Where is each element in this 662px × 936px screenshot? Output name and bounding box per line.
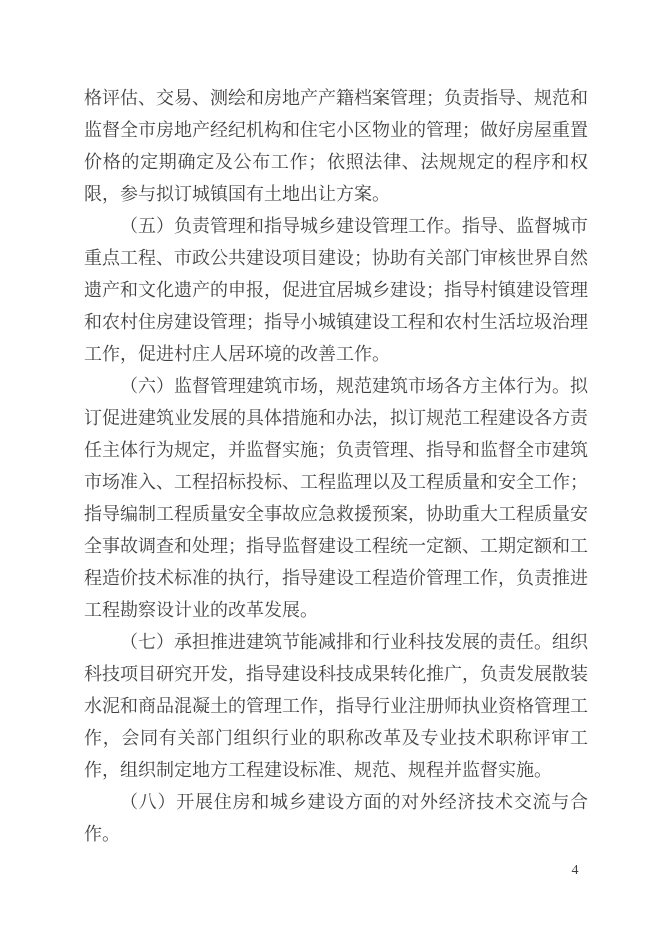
- document-body: 格评估、交易、测绘和房地产产籍档案管理；负责指导、规范和监督全市房地产经纪机构和…: [84, 82, 588, 850]
- paragraph-item-5: （五）负责管理和指导城乡建设管理工作。指导、监督城市重点工程、市政公共建设项目建…: [84, 210, 588, 370]
- paragraph-item-8: （八）开展住房和城乡建设方面的对外经济技术交流与合作。: [84, 786, 588, 850]
- document-page: 格评估、交易、测绘和房地产产籍档案管理；负责指导、规范和监督全市房地产经纪机构和…: [0, 0, 662, 936]
- paragraph-item-7: （七）承担推进建筑节能减排和行业科技发展的责任。组织科技项目研究开发，指导建设科…: [84, 626, 588, 786]
- page-number: 4: [567, 862, 583, 880]
- paragraph-item-6: （六）监督管理建筑市场，规范建筑市场各方主体行为。拟订促进建筑业发展的具体措施和…: [84, 370, 588, 626]
- paragraph-continuation: 格评估、交易、测绘和房地产产籍档案管理；负责指导、规范和监督全市房地产经纪机构和…: [84, 82, 588, 210]
